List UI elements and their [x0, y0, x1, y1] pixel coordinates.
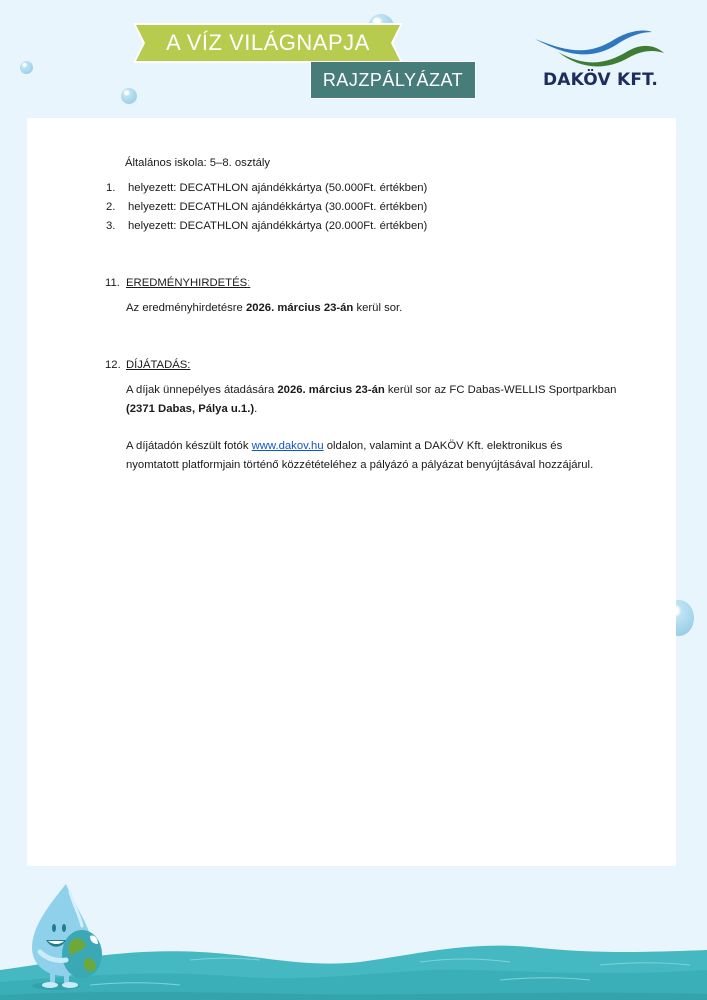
prize-list-item: 3.helyezett: DECATHLON ajándékkártya (20… [106, 220, 427, 232]
wave-logo-icon [530, 25, 670, 75]
section-12-heading: 12.DÍJÁTADÁS: [105, 359, 190, 371]
text: oldalon, valamint a DAKÖV Kft. elektroni… [324, 440, 563, 452]
logo-text: DAKÖV KFT. [543, 70, 658, 90]
section-title: EREDMÉNYHIRDETÉS [126, 277, 247, 289]
prize-text: helyezett: DECATHLON ajándékkártya (20.0… [128, 220, 427, 232]
prize-list-item: 1.helyezett: DECATHLON ajándékkártya (50… [106, 182, 427, 194]
date-bold: 2026. március 23-án [277, 384, 384, 396]
banner-title: A VÍZ VILÁGNAPJA [133, 23, 403, 63]
section-number: 12. [105, 359, 126, 371]
prize-number: 2. [106, 201, 128, 213]
prize-text: helyezett: DECATHLON ajándékkártya (50.0… [128, 182, 427, 194]
prize-number: 1. [106, 182, 128, 194]
text: A díjak ünnepélyes átadására [126, 384, 277, 396]
text: kerül sor. [353, 302, 402, 314]
section-title: DÍJÁTADÁS: [126, 359, 190, 371]
bubble-decoration [121, 88, 137, 104]
document-page: Általános iskola: 5–8. osztály 1.helyeze… [27, 118, 676, 866]
section-12-paragraph-1-line-2: (2371 Dabas, Pálya u.1.). [126, 403, 257, 415]
prize-text: helyezett: DECATHLON ajándékkártya (30.0… [128, 201, 427, 213]
section-11-heading: 11.EREDMÉNYHIRDETÉS: [105, 277, 250, 289]
section-number: 11. [105, 277, 126, 289]
title-banner: A VÍZ VILÁGNAPJA [133, 23, 403, 63]
category-heading: Általános iskola: 5–8. osztály [125, 157, 270, 169]
text: kerül sor az FC Dabas-WELLIS Sportparkba… [385, 384, 617, 396]
banner-subtitle: RAJZPÁLYÁZAT [310, 61, 476, 99]
date-bold: 2026. március 23-án [246, 302, 353, 314]
prize-list-item: 2.helyezett: DECATHLON ajándékkártya (30… [106, 201, 427, 213]
section-11-text: Az eredményhirdetésre 2026. március 23-á… [126, 302, 402, 314]
water-drop-mascot-icon [20, 882, 110, 992]
section-title-colon: : [247, 277, 250, 289]
prize-number: 3. [106, 220, 128, 232]
text: Az eredményhirdetésre [126, 302, 246, 314]
section-12-paragraph-1: A díjak ünnepélyes átadására 2026. márci… [126, 384, 616, 396]
section-12-paragraph-2-line-2: nyomtatott platformjain történő közzétét… [126, 459, 593, 471]
text: . [254, 403, 257, 415]
address-bold: (2371 Dabas, Pálya u.1.) [126, 403, 254, 415]
section-12-paragraph-2: A díjátadón készült fotók www.dakov.hu o… [126, 440, 562, 452]
dakov-website-link[interactable]: www.dakov.hu [252, 440, 324, 452]
text: A díjátadón készült fotók [126, 440, 252, 452]
bubble-decoration [20, 61, 33, 74]
